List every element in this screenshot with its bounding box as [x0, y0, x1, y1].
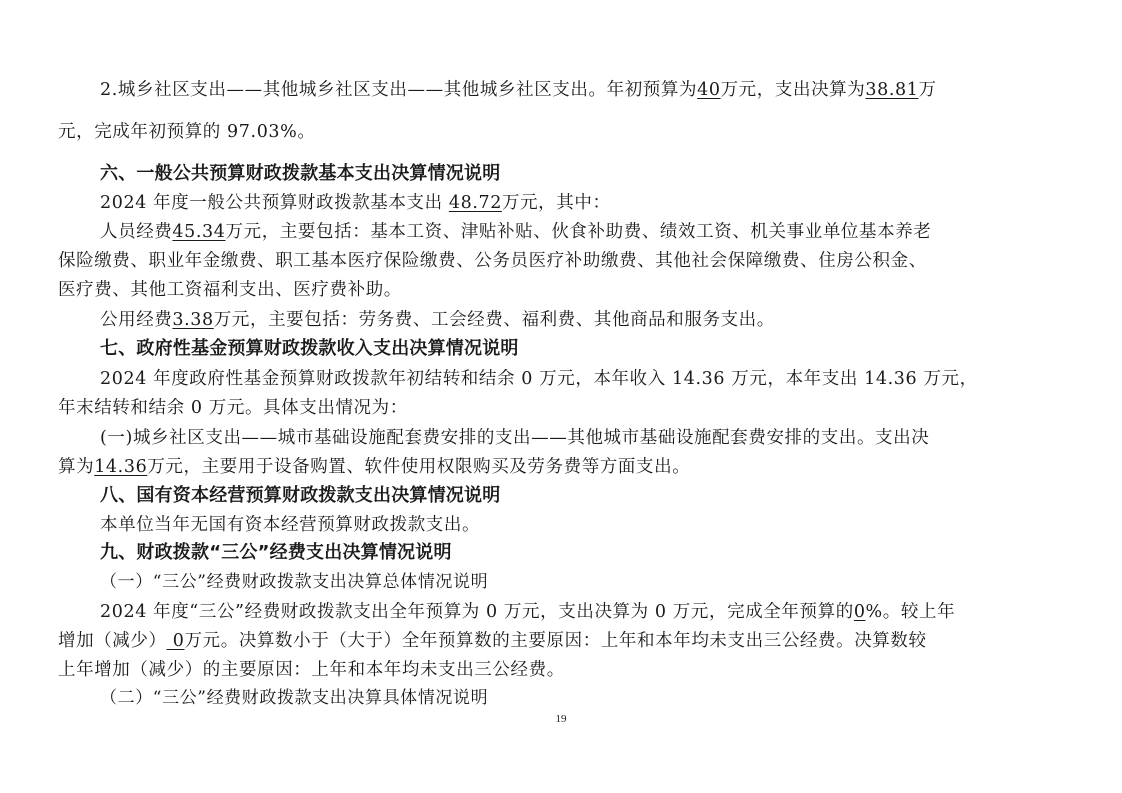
- item2-text: 2.城乡社区支出——其他城乡社区支出——其他城乡社区支出。年初预算为: [100, 80, 697, 100]
- section7-item1-line2: 算为14.36万元，主要用于设备购置、软件使用权限购买及劳务费等方面支出。: [58, 455, 1088, 479]
- section7-heading: 七、政府性基金预算财政拨款收入支出决算情况说明: [100, 337, 1122, 361]
- item1-prefix: 算为: [58, 457, 94, 477]
- p-line2-prefix: 增加（减少）: [58, 631, 167, 651]
- section9-heading: 九、财政拨款“三公”经费支出决算情况说明: [100, 541, 1122, 565]
- p-line2-suffix: 万元。决算数小于（大于）全年预算数的主要原因：上年和本年均未支出三公经费。决算数…: [185, 631, 927, 651]
- personnel-line2: 保险缴费、职业年金缴费、职工基本医疗保险缴费、公务员医疗补助缴费、其他社会保障缴…: [58, 249, 1088, 273]
- public-suffix: 万元，主要包括：劳务费、工会经费、福利费、其他商品和服务支出。: [214, 310, 775, 330]
- item2-budget: 40: [697, 80, 720, 100]
- item2-suffix: 万: [919, 80, 937, 100]
- personnel-line3: 医疗费、其他工资福利支出、医疗费补助。: [58, 278, 1088, 302]
- total-prefix: 2024 年度一般公共预算财政拨款基本支出: [100, 193, 443, 213]
- p-line1-prefix: 2024 年度“三公”经费财政拨款支出全年预算为 0 万元，支出决算为 0 万元…: [100, 602, 854, 622]
- section7-line1: 2024 年度政府性基金预算财政拨款年初结转和结余 0 万元，本年收入 14.3…: [100, 367, 1122, 391]
- section9-p-line3: 上年增加（减少）的主要原因：上年和本年均未支出三公经费。: [58, 658, 1088, 682]
- section9-p-line2: 增加（减少） 0万元。决算数小于（大于）全年预算数的主要原因：上年和本年均未支出…: [58, 629, 1088, 653]
- item1-amount: 14.36: [94, 457, 147, 477]
- page-number: 19: [0, 713, 1122, 725]
- section8-text: 本单位当年无国有资本经营预算财政拨款支出。: [100, 513, 1122, 537]
- item1-suffix: 万元，主要用于设备购置、软件使用权限购买及劳务费等方面支出。: [147, 457, 690, 477]
- section8-heading: 八、国有资本经营预算财政拨款支出决算情况说明: [100, 484, 1122, 508]
- p-change: 0: [167, 631, 185, 651]
- personnel-line1: 人员经费45.34万元，主要包括：基本工资、津贴补贴、伙食补助费、绩效工资、机关…: [100, 220, 1122, 244]
- item2-actual: 38.81: [865, 80, 918, 100]
- section9-sub2: （二）“三公”经费财政拨款支出决算具体情况说明: [100, 686, 1122, 710]
- section7-item1-line1: (一)城乡社区支出——城市基础设施配套费安排的支出——其他城市基础设施配套费安排…: [100, 426, 1122, 450]
- section9-p-line1: 2024 年度“三公”经费财政拨款支出全年预算为 0 万元，支出决算为 0 万元…: [100, 600, 1122, 624]
- personnel-suffix: 万元，主要包括：基本工资、津贴补贴、伙食补助费、绩效工资、机关事业单位基本养老: [226, 222, 932, 242]
- p-line1-suffix: %。较上年: [866, 602, 956, 622]
- public-prefix: 公用经费: [100, 310, 172, 330]
- section6-heading: 六、一般公共预算财政拨款基本支出决算情况说明: [100, 162, 1122, 186]
- total-suffix: 万元，其中：: [502, 193, 611, 213]
- item2-line1: 2.城乡社区支出——其他城乡社区支出——其他城乡社区支出。年初预算为40万元，支…: [100, 78, 1122, 102]
- total-amount: 48.72: [449, 193, 502, 213]
- section7-line2: 年末结转和结余 0 万元。具体支出情况为：: [58, 396, 1088, 420]
- public-amount: 3.38: [172, 310, 213, 330]
- item2-line2: 元，完成年初预算的 97.03%。: [58, 120, 1088, 144]
- item2-mid: 万元，支出决算为: [721, 80, 866, 100]
- public-line: 公用经费3.38万元，主要包括：劳务费、工会经费、福利费、其他商品和服务支出。: [100, 308, 1122, 332]
- section6-total: 2024 年度一般公共预算财政拨款基本支出 48.72万元，其中：: [100, 191, 1122, 215]
- personnel-prefix: 人员经费: [100, 222, 172, 242]
- section9-sub1: （一）“三公”经费财政拨款支出决算总体情况说明: [100, 570, 1122, 594]
- personnel-amount: 45.34: [172, 222, 225, 242]
- p-rate: 0: [854, 602, 866, 622]
